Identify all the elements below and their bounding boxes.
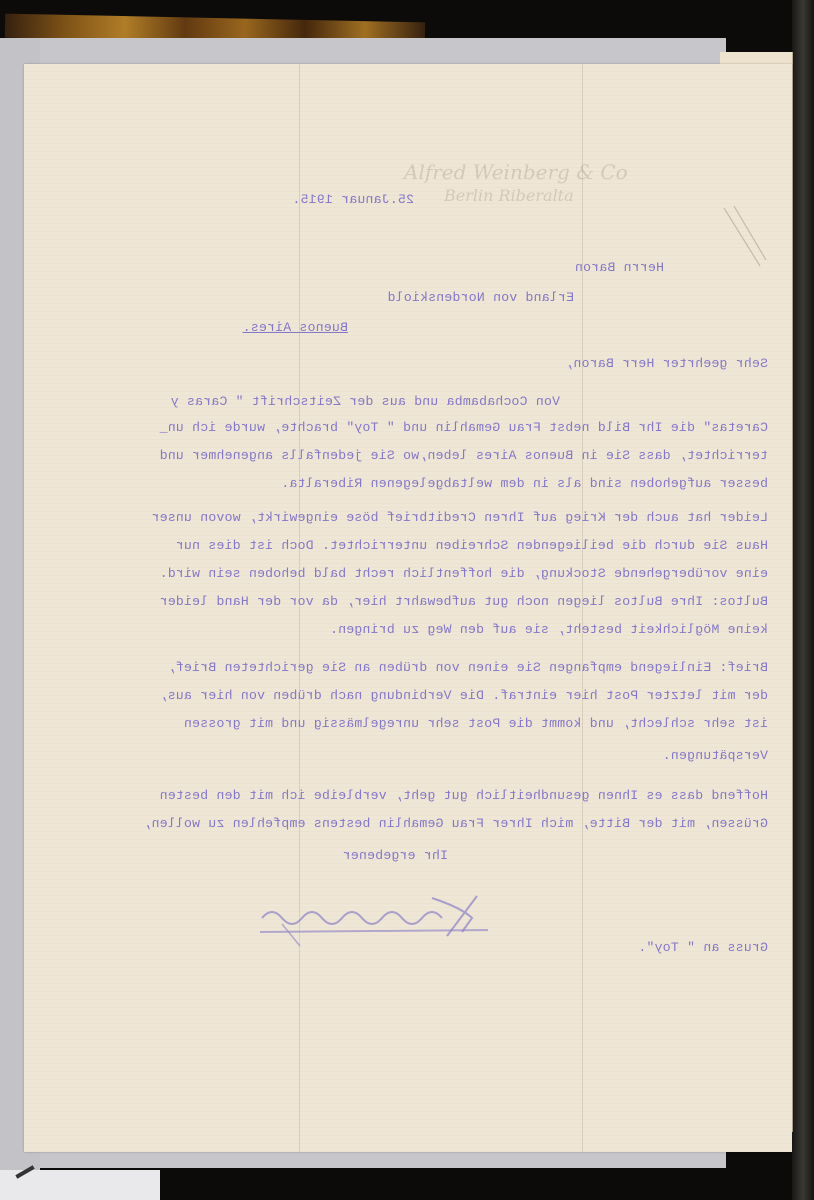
binder-spine — [792, 0, 814, 1200]
recipient-line-1: Herrn Baron — [575, 260, 664, 275]
body-line: Bultos: Ihre Bultos liegen noch gut aufb… — [159, 594, 768, 609]
mirrored-text-layer: 25.Januar 1915. Herrn Baron Erland von N… — [24, 64, 792, 1152]
body-line: keine Möglichkeit besteht, sie auf den W… — [330, 622, 768, 637]
letter-page: Alfred Weinberg & Co Berlin Riberalta 25… — [24, 64, 792, 1152]
recipient-line-3: Buenos Aires. — [203, 320, 348, 335]
salutation: Sehr geehrter Herr Baron, — [565, 356, 768, 371]
body-line: ist sehr schlecht, und kommt die Post se… — [184, 716, 768, 731]
recipient-line-2: Erland von Nordenskiold — [387, 290, 574, 305]
body-line: Grüssen, mit der Bitte, mich Ihrer Frau … — [143, 816, 768, 831]
closing: Ihr ergebener — [343, 848, 448, 863]
body-line: eine vorübergehende Stockung, die hoffen… — [159, 566, 768, 581]
body-line: Haus Sie durch die beiliegenden Schreibe… — [176, 538, 768, 553]
body-line: Hoffend dass es Ihnen gesundheitlich gut… — [159, 788, 768, 803]
body-line: Brief: Einliegend empfangen Sie einen vo… — [168, 660, 768, 675]
body-line: Caretas" die Ihr Bild nebst Frau Gemahli… — [159, 420, 768, 435]
pencil-mark-icon — [720, 204, 770, 274]
postscript: Gruss an " Toy". — [638, 940, 768, 955]
letter-date: 25.Januar 1915. — [292, 192, 414, 207]
body-line: Verspätungen. — [663, 748, 768, 763]
body-line: Von Cochabamba und aus der Zeitschrift "… — [171, 394, 560, 409]
body-line: terrichtet, dass Sie in Buenos Aires leb… — [159, 448, 768, 463]
body-line: besser aufgehoben sind als in dem weltab… — [281, 476, 768, 491]
signature-icon — [252, 888, 502, 948]
body-line: Leider hat auch der Krieg auf Ihren Cred… — [151, 510, 768, 525]
body-line: der mit letzter Post hier eintraf. Die V… — [159, 688, 768, 703]
